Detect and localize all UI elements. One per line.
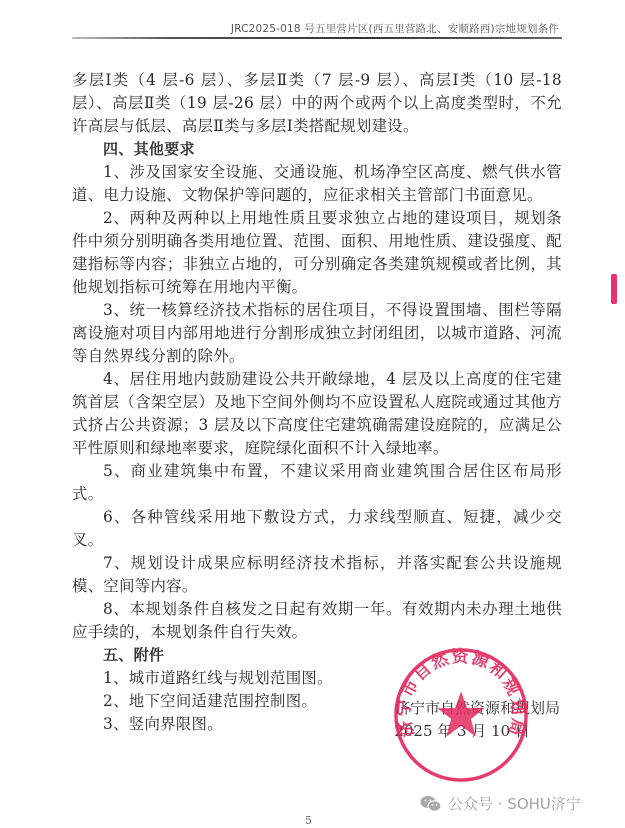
page-number: 5 bbox=[305, 814, 312, 827]
signature-block: 济宁市自然资源和规划局 2025 年 3 月 10 日 bbox=[360, 697, 560, 743]
requirement-item-8: 8、本规划条件自核发之日起有效期一年。有效期内未办理土地供应手续的，本规划条件自… bbox=[72, 598, 562, 644]
wechat-icon bbox=[420, 795, 442, 813]
page-edge-red-mark bbox=[611, 274, 617, 304]
continuation-paragraph: 多层Ⅰ类（4 层-6 层）、多层Ⅱ类（7 层-9 层）、高层Ⅰ类（10 层-18… bbox=[72, 69, 562, 138]
signature-organization: 济宁市自然资源和规划局 bbox=[360, 697, 560, 720]
section-heading-attachments: 五、附件 bbox=[72, 644, 562, 667]
watermark-text: 公众号 · SOHU济宁 bbox=[448, 793, 581, 814]
signature-date: 2025 年 3 月 10 日 bbox=[360, 720, 560, 743]
requirement-item-4: 4、居住用地内鼓励建设公共开敞绿地，4 层及以上高度的住宅建筑首层（含架空层）及… bbox=[72, 368, 562, 460]
requirement-item-5: 5、商业建筑集中布置，不建议采用商业建筑围合居住区布局形式。 bbox=[72, 460, 562, 506]
requirement-item-2: 2、两种及两种以上用地性质且要求独立占地的建设项目，规划条件中须分别明确各类用地… bbox=[72, 207, 562, 299]
document-body: 多层Ⅰ类（4 层-6 层）、多层Ⅱ类（7 层-9 层）、高层Ⅰ类（10 层-18… bbox=[72, 69, 562, 736]
attachment-item-1: 1、城市道路红线与规划范围图。 bbox=[72, 667, 562, 690]
requirement-item-3: 3、统一核算经济技术指标的居住项目，不得设置围墙、围栏等隔离设施对项目内部用地进… bbox=[72, 299, 562, 368]
requirement-item-6: 6、各种管线采用地下敷设方式，力求线型顺直、短捷，减少交叉。 bbox=[72, 506, 562, 552]
requirement-item-1: 1、涉及国家安全设施、交通设施、机场净空区高度、燃气供水管道、电力设施、文物保护… bbox=[72, 161, 562, 207]
header-divider bbox=[72, 37, 562, 39]
requirement-item-7: 7、规划设计成果应标明经济技术指标，并落实配套公共设施规模、空间等内容。 bbox=[72, 552, 562, 598]
section-heading-other-requirements: 四、其他要求 bbox=[72, 138, 562, 161]
document-page: JRC2025-018 号五里营片区(西五里营路北、安顺路西)宗地规划条件 多层… bbox=[0, 0, 625, 828]
source-watermark: 公众号 · SOHU济宁 bbox=[420, 793, 581, 814]
document-header-title: JRC2025-018 号五里营片区(西五里营路北、安顺路西)宗地规划条件 bbox=[231, 21, 559, 36]
